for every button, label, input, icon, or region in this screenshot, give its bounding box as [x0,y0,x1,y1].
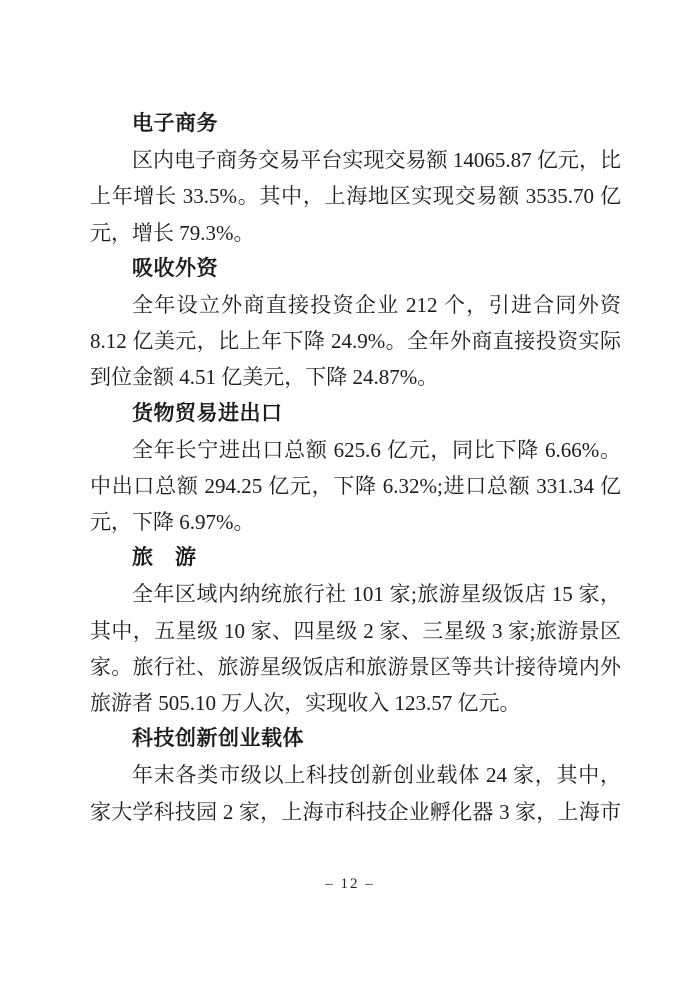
text-line: 元，增长 79.3%。 [90,215,621,251]
text-line: 旅游者 505.10 万人次，实现收入 123.57 亿元。 [90,685,621,721]
text-line: 全年设立外商直接投资企业 212 个，引进合同外资 [90,287,621,323]
text-line: 全年长宁进出口总额 625.6 亿元，同比下降 6.66%。其 [90,432,621,468]
section-heading: 电子商务 [90,106,621,142]
text-line: 到位金额 4.51 亿美元，下降 24.87%。 [90,359,621,395]
text-line: 元，下降 6.97%。 [90,504,621,540]
page-number: – 12 – [325,876,375,892]
text-line: 上年增长 33.5%。其中，上海地区实现交易额 3535.70 亿 [90,178,621,214]
section-heading: 科技创新创业载体 [90,721,621,757]
text-line: 家大学科技园 2 家，上海市科技企业孵化器 3 家，上海市众 [90,794,621,830]
section-heading: 吸收外资 [90,251,621,287]
text-line: 8.12 亿美元，比上年下降 24.9%。全年外商直接投资实际 [90,323,621,359]
text-line: 家。旅行社、旅游星级饭店和旅游景区等共计接待境内外 [90,649,621,685]
text-line: 区内电子商务交易平台实现交易额 14065.87 亿元，比 [90,142,621,178]
section-heading: 旅 游 [90,540,621,576]
document-content: 电子商务区内电子商务交易平台实现交易额 14065.87 亿元，比上年增长 33… [90,106,621,830]
text-line: 中出口总额 294.25 亿元，下降 6.32%;进口总额 331.34 亿 [90,468,621,504]
section-heading: 货物贸易进出口 [90,396,621,432]
text-line: 年末各类市级以上科技创新创业载体 24 家，其中，国 [90,757,621,793]
text-line: 其中，五星级 10 家、四星级 2 家、三星级 3 家;旅游景区 1 [90,613,621,649]
page-footer: – 12 – [0,872,700,896]
document-page: 电子商务区内电子商务交易平台实现交易额 14065.87 亿元，比上年增长 33… [0,0,700,983]
text-line: 全年区域内纳统旅行社 101 家;旅游星级饭店 15 家， [90,576,621,612]
